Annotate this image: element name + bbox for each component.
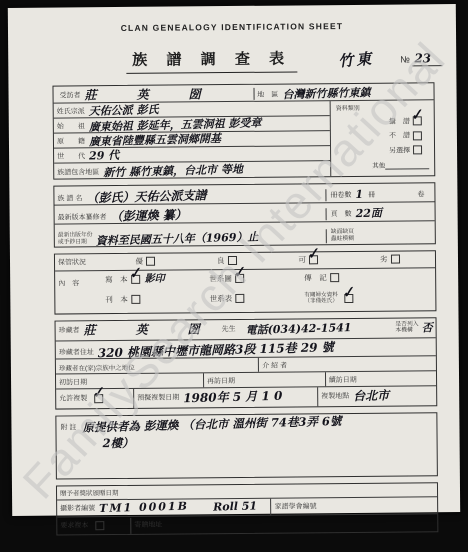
interviewee-value: 莊 英 圀 — [85, 88, 215, 101]
clan-value: 天佑公派 彭氏 — [89, 104, 159, 117]
content-item-pedigree-chart: 世系圖✓ — [209, 272, 304, 284]
row-copy-permission: 允許複製 ✓ 預擬複製日期 1980年 5 月 1 0 複製地點 台北市 — [56, 386, 436, 408]
sheet-number: № 23 — [400, 52, 442, 66]
category-option-filmed-label: 攝 譜 — [389, 116, 410, 126]
cell-volumes: 冊卷數 1 冊 卷 — [325, 188, 431, 201]
cell-followup-visit: 續訪日期 — [326, 371, 436, 386]
content-item-printed: 刊 本 — [105, 293, 209, 305]
remarks-text: 原提供者為 彭運煥 （台北市 溫州街 74巷3弄 6號 2樓） — [80, 417, 341, 449]
request-copy-label: 要求複本 — [60, 520, 88, 530]
storage-excellent-checkbox — [146, 257, 155, 266]
clan-label: 姓氏宗派 — [57, 106, 85, 116]
cell-clan-position: 珍藏者在(家)宗族中之地位 — [56, 358, 259, 374]
coverage-label: 族譜包含地區 — [57, 167, 99, 177]
clan-position-label: 珍藏者在(家)宗族中之地位 — [59, 363, 135, 373]
form-title-row: 族 譜 調 查 表 竹東 № 23 — [8, 46, 456, 76]
photographer-number-label: 攝影者編號 — [60, 503, 95, 513]
remarks-body: 附 註 原提供者為 彭運煥 （台北市 溫州街 74巷3弄 6號 2樓） — [60, 416, 432, 449]
row-coverage: 族譜包含地區 新竹 縣竹東鎮，台北市 等地 — [54, 161, 330, 178]
printed-checkbox — [131, 295, 140, 304]
planned-copy-date-label: 預擬複製日期 — [137, 392, 179, 402]
women-data-checkbox: ✓ — [344, 294, 353, 303]
content-items: 寫 本✓影印 世系圖✓ 傳 記 刊 本 世系表 有關婦女資料（非僅姓氏）✓ — [105, 271, 432, 307]
cell-send-address: 寄贈地址 — [131, 515, 437, 534]
category-option-notfilmed: 不 譜 — [336, 130, 429, 141]
planned-copy-date-value: 1980年 5 月 1 0 — [183, 390, 282, 405]
cell-photographer-number: 攝影者編號 TM1 0001B Roll 51 — [57, 498, 271, 517]
cell-second-visit: 再訪日期 — [204, 372, 326, 387]
storage-option-fair: 可✓ — [298, 254, 321, 265]
cell-pages: 頁 數 22面 — [326, 207, 432, 220]
basic-info-body: 姓氏宗派 天佑公派 彭氏 始 祖 廣東始祖 彭延年，五雲洞祖 彭受章 原 籍 廣… — [54, 100, 435, 178]
generations-label: 世 代 — [57, 151, 85, 161]
cell-society-number: 家譜學會編號 — [271, 497, 438, 515]
remarks-line-2: 2樓） — [102, 436, 341, 450]
interviewee-label: 受訪者 — [60, 90, 81, 100]
book-name-label: 族 譜 名 — [57, 193, 82, 203]
request-copy-checkbox — [95, 521, 104, 530]
volumes-unit-ce: 冊 — [368, 190, 375, 200]
number-symbol: № — [400, 54, 410, 64]
row-contents: 內 容 寫 本✓影印 世系圖✓ 傳 記 刊 本 世系表 有關婦女資料（非僅姓氏）… — [55, 268, 435, 313]
cell-request-copy: 要求複本 — [57, 517, 131, 534]
society-number-label: 家譜學會編號 — [275, 501, 317, 511]
sheet-number-value: 23 — [412, 52, 442, 66]
volumes-label: 冊卷數 — [330, 190, 351, 200]
storage-label: 保管狀況 — [58, 257, 86, 267]
biography-checkbox — [330, 273, 339, 282]
form-title-chinese: 族 譜 調 查 表 — [126, 47, 297, 73]
permit-copy-checkbox: ✓ — [94, 394, 103, 403]
category-box: 資料類別 攝 譜 ✓ 不 譜 另選擇 其他 — [330, 100, 435, 176]
section-book-info: 族 譜 名 （彭氏）天佑公派支譜 冊卷數 1 冊 卷 最新版本纂修者 （彭運煥 … — [53, 182, 436, 247]
storage-poor-checkbox — [390, 255, 399, 264]
book-name-value: （彭氏）天佑公派支譜 — [86, 189, 206, 204]
origin-value: 廣東省陸豐縣五雲洞鄉開基 — [89, 133, 221, 147]
permit-copy-label: 允許複製 — [59, 393, 87, 403]
category-option-notfilmed-label: 不 譜 — [389, 130, 410, 140]
followup-visit-label: 續訪日期 — [329, 375, 357, 385]
category-other-blank-line — [385, 162, 429, 169]
category-option-filmed: 攝 譜 ✓ — [336, 116, 429, 127]
ancestor-value: 廣東始祖 彭延年，五雲洞祖 彭受章 — [89, 117, 262, 133]
owner-label: 珍藏者 — [59, 325, 80, 335]
cell-permit-copy: 允許複製 ✓ — [56, 389, 134, 409]
cell-first-visit: 初訪日期 — [56, 373, 204, 388]
cell-pubdate: 最新出版年份或手鈔日期 資料至民國五十八年（1969）止 — [58, 230, 326, 245]
ancestor-label: 始 祖 — [57, 121, 85, 131]
first-visit-label: 初訪日期 — [59, 377, 87, 387]
genealogy-table-checkbox — [235, 294, 244, 303]
owner-address-label: 珍藏者住址 — [59, 347, 94, 357]
section-administrative: 贈予者獎狀頒贈日期 攝影者編號 TM1 0001B Roll 51 家譜學會編號… — [56, 482, 438, 535]
pubdate-value: 資料至民國五十八年（1969）止 — [95, 231, 258, 246]
cell-area: 地 區 台灣新竹縣竹東鎮 — [254, 87, 430, 100]
owner-name: 莊 英 圀 — [84, 323, 214, 336]
content-item-women-data: 有關婦女資料（非僅姓氏）✓ — [304, 291, 432, 305]
cell-planned-copy-date: 預擬複製日期 1980年 5 月 1 0 — [134, 387, 318, 408]
coverage-value: 新竹 縣竹東鎮，台北市 等地 — [103, 164, 243, 179]
storage-good-checkbox — [227, 256, 236, 265]
editor-value: （彭運煥 纂） — [110, 209, 186, 223]
cell-editor: 最新版本纂修者 （彭運煥 纂） — [58, 208, 326, 222]
section-condition: 保管狀況 優 良 可✓ 劣 內 容 寫 本✓影印 世系圖✓ 傳 記 刊 本 世系… — [54, 250, 437, 314]
roll-number-value: Roll 51 — [213, 500, 257, 512]
manuscript-checkbox: ✓ — [131, 275, 140, 284]
pubdate-label: 最新出版年份或手鈔日期 — [58, 232, 93, 245]
section-remarks: 附 註 原提供者為 彭運煥 （台北市 溫州街 74巷3弄 6號 2樓） — [55, 412, 438, 479]
row-request-copy: 要求複本 寄贈地址 — [57, 514, 437, 534]
area-value: 台灣新竹縣竹東鎮 — [282, 87, 370, 100]
area-label: 地 區 — [257, 89, 278, 99]
manuscript-note: 影印 — [145, 274, 165, 284]
form-title-english: CLAN GENEALOGY IDENTIFICATION SHEET — [8, 20, 456, 34]
pages-label: 頁 數 — [331, 209, 352, 219]
category-other: 其他 — [336, 160, 429, 170]
scanned-document-viewport: { "watermark": "FamilySearch Internation… — [0, 0, 468, 552]
pedigree-chart-checkbox: ✓ — [235, 274, 244, 283]
basic-info-left: 姓氏宗派 天佑公派 彭氏 始 祖 廣東始祖 彭延年，五雲洞祖 彭受章 原 籍 廣… — [54, 101, 331, 178]
copy-place-value: 台北市 — [353, 389, 389, 402]
award-date-label: 贈予者獎狀頒贈日期 — [60, 488, 119, 498]
cell-missing-pages: 缺面缺頁蟲蛀模糊 — [326, 228, 432, 243]
copy-place-label: 複製地點 — [321, 391, 349, 401]
origin-label: 原 籍 — [57, 136, 85, 146]
volumes-unit-juan: 卷 — [417, 189, 424, 199]
volumes-value: 1 — [355, 189, 363, 200]
send-address-label: 寄贈地址 — [134, 520, 162, 530]
owner-phone: 電話(034)42-1541 — [245, 322, 351, 336]
content-label: 內 容 — [58, 278, 79, 288]
remarks-label: 附 註 — [60, 422, 76, 432]
category-other-label: 其他 — [372, 160, 385, 169]
content-item-manuscript: 寫 本✓影印 — [105, 273, 209, 285]
photographer-number-value: TM1 0001B — [99, 501, 189, 514]
storage-options: 優 良 可✓ 劣 — [106, 253, 432, 267]
storage-option-poor: 劣 — [380, 254, 403, 265]
remarks-line-1: 原提供者為 彭運煥 （台北市 溫州街 74巷3弄 6號 — [82, 416, 341, 434]
introducer-label: 介 紹 者 — [262, 361, 287, 371]
content-item-genealogy-table: 世系表 — [210, 292, 305, 304]
missing-pages-label: 缺面缺頁蟲蛀模糊 — [331, 229, 354, 242]
editor-label: 最新版本纂修者 — [58, 212, 107, 222]
category-option-reselect-label: 另選擇 — [389, 145, 410, 155]
region-annotation: 竹東 — [338, 52, 375, 70]
women-data-label: 有關婦女資料（非僅姓氏） — [304, 292, 338, 305]
category-option-reselect-checkbox — [413, 145, 422, 154]
cell-book-name: 族 譜 名 （彭氏）天佑公派支譜 — [57, 189, 325, 203]
second-visit-label: 再訪日期 — [207, 376, 235, 386]
form-body: 受訪者 莊 英 圀 地 區 台灣新竹縣竹東鎮 姓氏宗派 天佑公派 彭氏 始 祖 — [52, 82, 438, 535]
cell-interviewee: 受訪者 莊 英 圀 — [57, 88, 255, 102]
cell-copy-place: 複製地點 台北市 — [318, 386, 436, 406]
category-option-reselect: 另選擇 — [336, 145, 429, 156]
listed-value: 否 — [421, 322, 432, 333]
document-page: CLAN GENEALOGY IDENTIFICATION SHEET 族 譜 … — [8, 4, 460, 516]
generations-value: 29 代 — [89, 150, 119, 162]
section-owner: 珍藏者 莊 英 圀 先生 電話(034)42-1541 是否列入本機構 否 珍藏… — [55, 317, 438, 409]
section-basic-info: 受訪者 莊 英 圀 地 區 台灣新竹縣竹東鎮 姓氏宗派 天佑公派 彭氏 始 祖 — [52, 82, 435, 179]
category-option-notfilmed-checkbox — [413, 131, 422, 140]
cell-introducer: 介 紹 者 — [259, 356, 436, 372]
owner-honorific: 先生 — [222, 324, 236, 334]
listed-label: 是否列入本機構 — [395, 321, 418, 334]
category-option-filmed-checkbox: ✓ — [413, 116, 422, 125]
storage-fair-checkbox: ✓ — [309, 255, 318, 264]
pages-value: 22面 — [355, 207, 382, 219]
row-pubdate: 最新出版年份或手鈔日期 資料至民國五十八年（1969）止 缺面缺頁蟲蛀模糊 — [55, 221, 435, 246]
content-item-biography: 傳 記 — [304, 271, 432, 283]
